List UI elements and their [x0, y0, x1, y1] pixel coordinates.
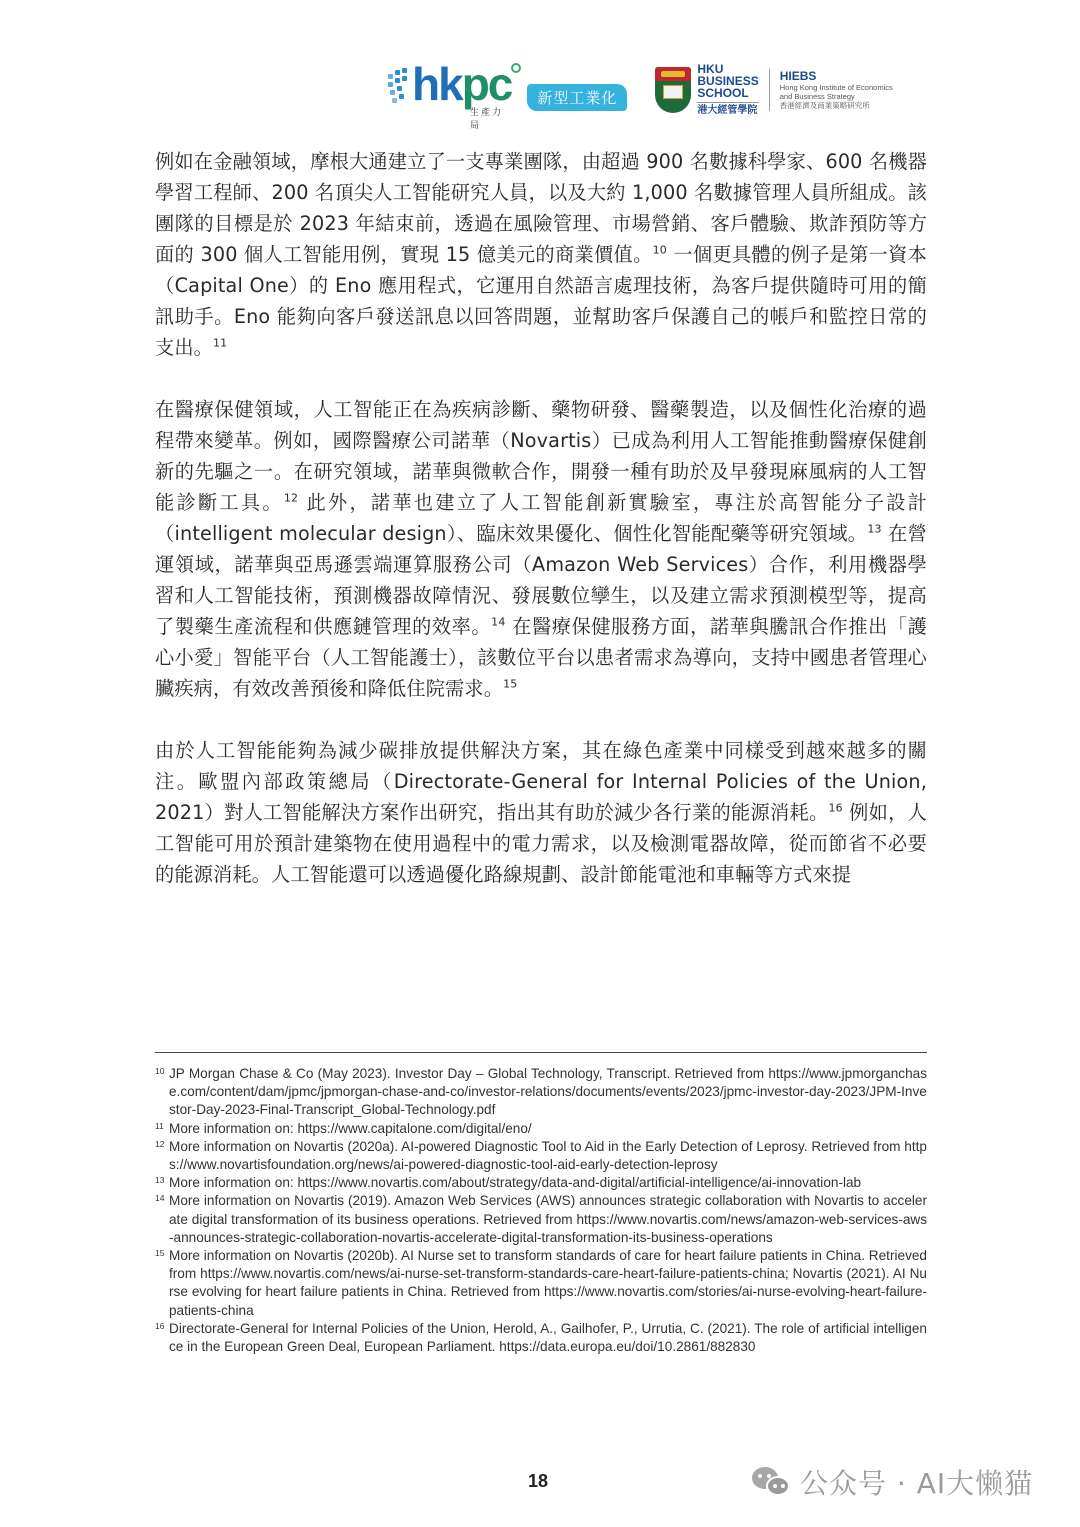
footnote-13: 13 More information on: https://www.nova…: [155, 1174, 927, 1192]
footnote-number: 13: [155, 1171, 164, 1189]
hku-crest-icon: [655, 67, 691, 113]
footnote-text[interactable]: JP Morgan Chase & Co (May 2023). Investo…: [169, 1066, 927, 1117]
footnote-15: 15 More information on Novartis (2020b).…: [155, 1247, 927, 1320]
footnote-reference[interactable]: 12: [284, 492, 298, 505]
paragraph-green-industry: 由於人工智能能夠為減少碳排放提供解決方案，其在綠色產業中同樣受到越來越多的關注。…: [155, 735, 927, 890]
hku-line3: SCHOOL: [697, 87, 758, 99]
hkpc-subtitle: 生產力局: [470, 105, 511, 131]
hkpc-logo: hkpc 生產力局 新型工業化: [388, 58, 627, 122]
footnote-reference[interactable]: 14: [491, 616, 505, 629]
footnote-text[interactable]: More information on: https://www.capital…: [169, 1121, 532, 1136]
hku-chinese-name: 港大經管學院: [697, 102, 758, 117]
footnote-reference[interactable]: 16: [828, 802, 842, 815]
footnote-number: 12: [155, 1135, 164, 1153]
footnote-number: 10: [155, 1062, 164, 1080]
footnote-text[interactable]: Directorate-General for Internal Policie…: [169, 1321, 927, 1354]
paragraph-healthcare: 在醫療保健領域，人工智能正在為疾病診斷、藥物研發、醫藥製造，以及個性化治療的過程…: [155, 394, 927, 704]
hiebs-line1: Hong Kong Institute of Economics: [780, 83, 893, 92]
hkpc-wordmark: hkpc 生產力局: [412, 61, 511, 119]
footnote-number: 15: [155, 1244, 164, 1262]
footnote-reference[interactable]: 11: [213, 337, 227, 350]
hiebs-logo: HIEBS Hong Kong Institute of Economics a…: [780, 70, 893, 110]
footnote-10: 10 JP Morgan Chase & Co (May 2023). Inve…: [155, 1065, 927, 1120]
footnote-reference[interactable]: 13: [867, 523, 881, 536]
wechat-watermark: 公众号 · AI大懒猫: [752, 1462, 1033, 1502]
hiebs-chinese-name: 香港經濟及商業策略研究所: [780, 101, 893, 110]
footnote-separator: [155, 1052, 927, 1053]
paragraph-finance: 例如在金融領域，摩根大通建立了一支專業團隊，由超過 900 名數據科學家、600…: [155, 146, 927, 363]
logo-divider: [769, 69, 770, 111]
footnote-12: 12 More information on Novartis (2020a).…: [155, 1138, 927, 1174]
hku-wordmark: HKU BUSINESS SCHOOL 港大經管學院: [697, 63, 758, 117]
footnote-text[interactable]: More information on: https://www.novarti…: [169, 1175, 861, 1190]
footnote-16: 16 Directorate-General for Internal Poli…: [155, 1320, 927, 1356]
body-content: 例如在金融領域，摩根大通建立了一支專業團隊，由超過 900 名數據科學家、600…: [155, 146, 927, 890]
watermark-text: 公众号 · AI大懒猫: [800, 1462, 1033, 1502]
wechat-icon: [752, 1465, 792, 1499]
hkpc-dots-icon: [388, 68, 410, 106]
footnote-number: 16: [155, 1317, 164, 1335]
footnote-reference[interactable]: 15: [503, 678, 517, 691]
footnote-14: 14 More information on Novartis (2019). …: [155, 1192, 927, 1247]
footnote-number: 14: [155, 1189, 164, 1207]
hku-business-school-logo: HKU BUSINESS SCHOOL 港大經管學院: [655, 63, 758, 117]
paragraph-text: 由於人工智能能夠為減少碳排放提供解決方案，其在綠色產業中同樣受到越來越多的關注。…: [155, 739, 927, 824]
hiebs-title: HIEBS: [780, 70, 893, 83]
footnotes: 10 JP Morgan Chase & Co (May 2023). Inve…: [155, 1065, 927, 1356]
hkpc-letters: hkpc: [412, 61, 511, 107]
footnote-reference[interactable]: 10: [653, 244, 667, 257]
hiebs-line2: and Business Strategy: [780, 92, 893, 101]
footnote-text[interactable]: More information on Novartis (2019). Ama…: [169, 1193, 927, 1244]
hkpc-registered-icon: [511, 63, 521, 73]
footnote-text[interactable]: More information on Novartis (2020a). AI…: [169, 1139, 927, 1172]
footnote-number: 11: [155, 1117, 164, 1135]
new-industrialisation-badge: 新型工業化: [527, 84, 627, 111]
footnote-11: 11 More information on: https://www.capi…: [155, 1120, 927, 1138]
footnote-text[interactable]: More information on Novartis (2020b). AI…: [169, 1248, 927, 1318]
header-logos: hkpc 生產力局 新型工業化 HKU BUSINESS SCHOOL 港大經管…: [388, 58, 953, 122]
page-number: 18: [528, 1471, 548, 1492]
